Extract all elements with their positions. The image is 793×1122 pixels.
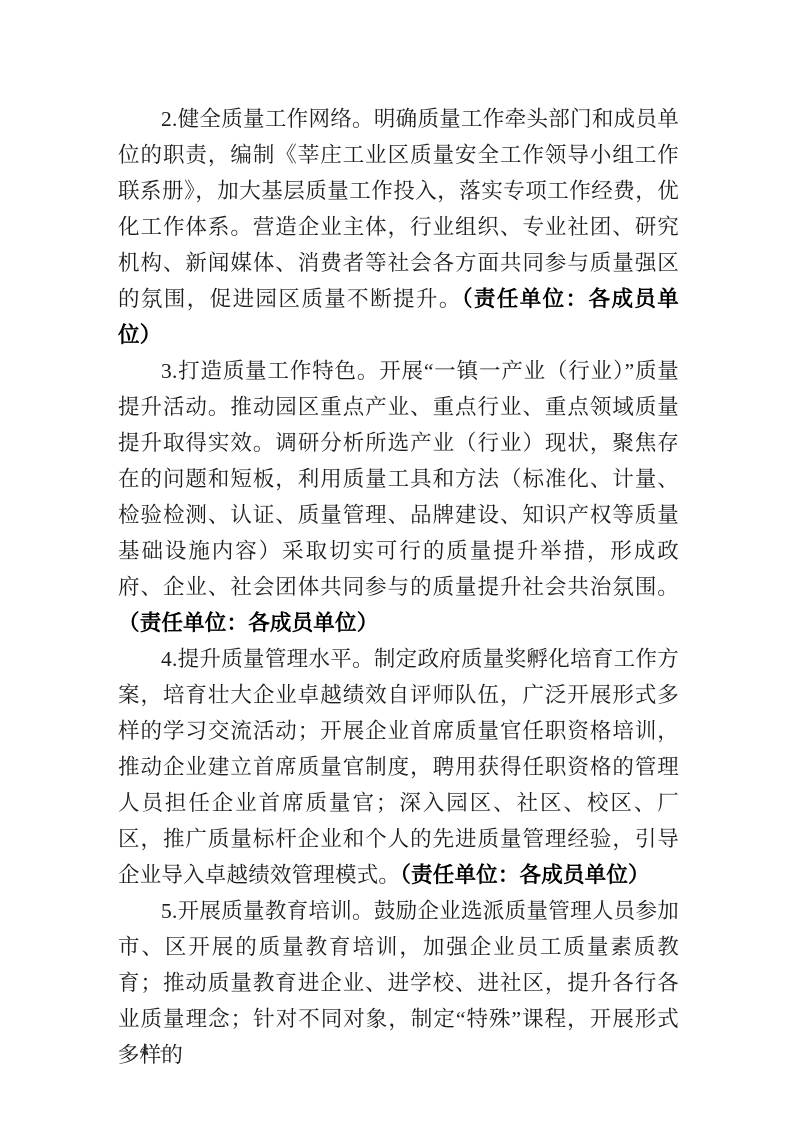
paragraph-4-text: 4.提升质量管理水平。制定政府质量奖孵化培育工作方案，培育壮大企业卓越绩效自评师…	[118, 647, 679, 887]
paragraph-2-text: 2.健全质量工作网络。明确质量工作牵头部门和成员单位的职责，编制《莘庄工业区质量…	[118, 107, 679, 311]
document-page: 2.健全质量工作网络。明确质量工作牵头部门和成员单位的职责，编制《莘庄工业区质量…	[0, 0, 793, 1122]
paragraph-3-responsibility-note: （责任单位：各成员单位）	[118, 611, 378, 635]
paragraph-4-responsibility-note: （责任单位：各成员单位）	[400, 863, 650, 887]
paragraph-2: 2.健全质量工作网络。明确质量工作牵头部门和成员单位的职责，编制《莘庄工业区质量…	[118, 101, 679, 353]
paragraph-5-text: 5.开展质量教育培训。鼓励企业选派质量管理人员参加市、区开展的质量教育培训，加强…	[118, 899, 679, 1067]
paragraph-3: 3.打造质量工作特色。开展“一镇一产业（行业）”质量提升活动。推动园区重点产业、…	[118, 353, 679, 641]
paragraph-5: 5.开展质量教育培训。鼓励企业选派质量管理人员参加市、区开展的质量教育培训，加强…	[118, 893, 679, 1073]
document-body: 2.健全质量工作网络。明确质量工作牵头部门和成员单位的职责，编制《莘庄工业区质量…	[118, 101, 679, 1073]
page-number: – 4 –	[119, 1040, 173, 1060]
paragraph-3-text: 3.打造质量工作特色。开展“一镇一产业（行业）”质量提升活动。推动园区重点产业、…	[118, 359, 679, 599]
paragraph-4: 4.提升质量管理水平。制定政府质量奖孵化培育工作方案，培育壮大企业卓越绩效自评师…	[118, 641, 679, 893]
